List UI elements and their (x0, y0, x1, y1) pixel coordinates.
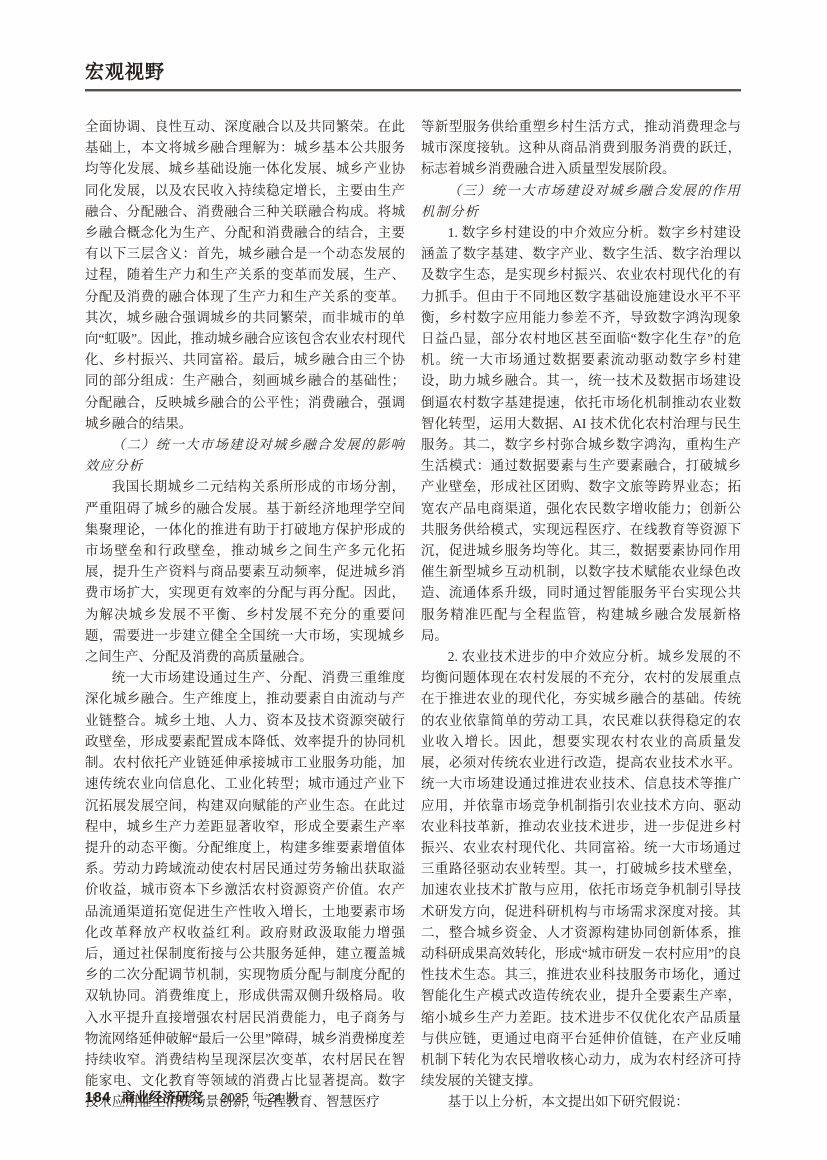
page-number: 184 (85, 1090, 111, 1106)
subsection-heading: （三）统一大市场建设对城乡融合发展的作用机制分析 (421, 180, 741, 222)
body-paragraph: 2. 农业技术进步的中介效应分析。城乡发展的不均衡问题体现在农村发展的不充分，农… (421, 646, 741, 1091)
article-body: 全面协调、良性互动、深度融合以及共同繁荣。在此基础上，本文将城乡融合理解为：城乡… (85, 116, 741, 1113)
body-paragraph: 基于以上分析，本文提出如下研究假说： (421, 1091, 741, 1112)
body-paragraph: 我国长期城乡二元结构关系所形成的市场分割，严重阻碍了城乡的融合发展。基于新经济地… (85, 476, 405, 667)
right-column: 等新型服务供给重塑乡村生活方式，推动消费理念与城市深度接轨。这种从商品消费到服务… (421, 116, 741, 1113)
body-paragraph: 等新型服务供给重塑乡村生活方式，推动消费理念与城市深度接轨。这种从商品消费到服务… (421, 116, 741, 180)
journal-name: 商业经济研究 (122, 1086, 203, 1106)
issue-label: 2025 年 24 期 (221, 1088, 298, 1106)
subsection-heading: （二）统一大市场建设对城乡融合发展的影响效应分析 (85, 434, 405, 476)
header-rule (85, 89, 741, 92)
body-paragraph: 全面协调、良性互动、深度融合以及共同繁荣。在此基础上，本文将城乡融合理解为：城乡… (85, 116, 405, 434)
body-paragraph: 1. 数字乡村建设的中介效应分析。数字乡村建设涵盖了数字基建、数字产业、数字生活… (421, 222, 741, 646)
section-label: 宏观视野 (85, 62, 741, 84)
page-header: 宏观视野 (85, 62, 741, 92)
journal-page: 宏观视野 全面协调、良性互动、深度融合以及共同繁荣。在此基础上，本文将城乡融合理… (0, 0, 827, 1160)
page-footer: 184 商业经济研究 2025 年 24 期 (85, 1086, 298, 1106)
left-column: 全面协调、良性互动、深度融合以及共同繁荣。在此基础上，本文将城乡融合理解为：城乡… (85, 116, 405, 1113)
body-paragraph: 统一大市场建设通过生产、分配、消费三重维度深化城乡融合。生产维度上，推动要素自由… (85, 667, 405, 1112)
